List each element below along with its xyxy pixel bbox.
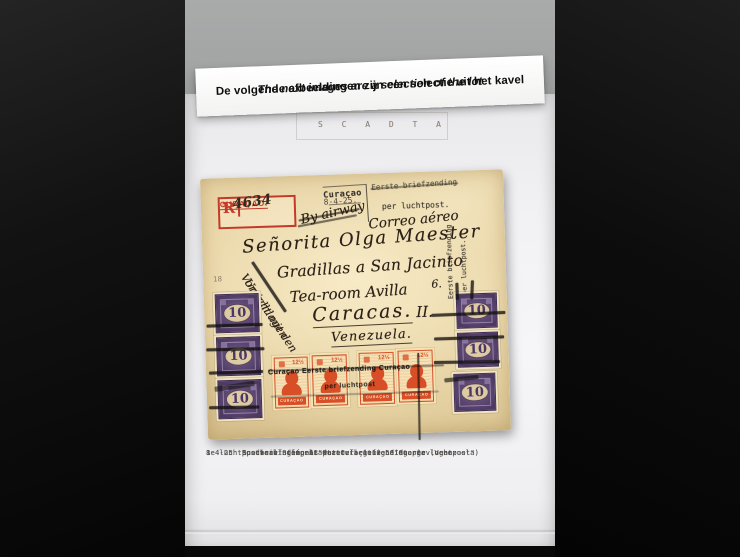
stamp-violet-10c: 10 <box>213 291 262 335</box>
series-heading: S C A D T A <box>318 120 448 129</box>
stamp-value: 10 <box>466 385 485 401</box>
stamp-value: 12½ <box>331 357 343 363</box>
dark-background-left <box>0 0 185 557</box>
stamp-red-12half-c: 12½CURAÇAO <box>356 350 397 407</box>
manuscript-city-note: II. <box>416 303 433 322</box>
stamp-design: 12½CURAÇAO <box>359 352 396 405</box>
stamp-ornament <box>317 359 323 365</box>
stamp-ornament <box>403 354 409 360</box>
stamp-country: CURAÇAO <box>280 399 303 403</box>
registration-label: R CURAÇAO. N° 4634 <box>218 195 297 229</box>
manuscript-country: Venezuela. <box>331 327 413 348</box>
stamp-design: 12½CURAÇAO <box>274 357 310 409</box>
registration-number-prefix: N° <box>222 200 232 209</box>
stamp-design: 12½CURAÇAO <box>312 354 349 406</box>
stamp-value: 10 <box>228 305 247 321</box>
pencil-annotation: 18 <box>213 275 222 283</box>
portrait-bust <box>281 383 301 396</box>
stamp-value: 10 <box>467 303 486 319</box>
portrait-bust <box>406 376 426 389</box>
dark-background-right <box>555 0 740 557</box>
stamp-red-12half-c: 12½CURAÇAO <box>310 352 351 408</box>
page-crease-line <box>185 529 555 534</box>
cancel-tick <box>455 283 458 300</box>
stamp-red-12half-c: 12½CURAÇAO <box>272 354 312 410</box>
stamp-country-band: CURAÇAO <box>278 397 306 406</box>
registration-number: 4634 <box>232 192 273 213</box>
postal-cover: R CURAÇAO. N° 4634 Curaçao 8-4-25. Eerst… <box>200 169 511 439</box>
stamp-country: CURAÇAO <box>405 393 428 397</box>
dark-background-bottom <box>185 546 555 557</box>
banner-text-english: The next images are a selection of the l… <box>257 76 482 97</box>
stamp-country: CURAÇAO <box>366 395 389 399</box>
stamp-red-12half-c: 12½CURAÇAO <box>395 348 436 405</box>
stamp-design: 10 <box>215 293 260 333</box>
stamp-ornament <box>364 357 370 363</box>
stamp-country: CURAÇAO <box>319 397 342 401</box>
stamp-value: 10 <box>231 391 250 407</box>
stamp-ornament <box>279 361 285 367</box>
stamp-value: 10 <box>469 342 488 358</box>
stamp-value: 12½ <box>292 360 304 366</box>
stamp-value: 12½ <box>378 355 390 361</box>
photo-of-album-page: De volgende afbeeldingen zijn een select… <box>0 0 740 557</box>
manuscript-house-number: 6. <box>431 277 442 290</box>
manuscript-city: Caracas. <box>312 299 413 328</box>
stamp-design: 12½CURAÇAO <box>397 350 434 403</box>
caption-line4: Scadta vlucht met watervliegtuig "Idoor"… <box>242 446 426 459</box>
